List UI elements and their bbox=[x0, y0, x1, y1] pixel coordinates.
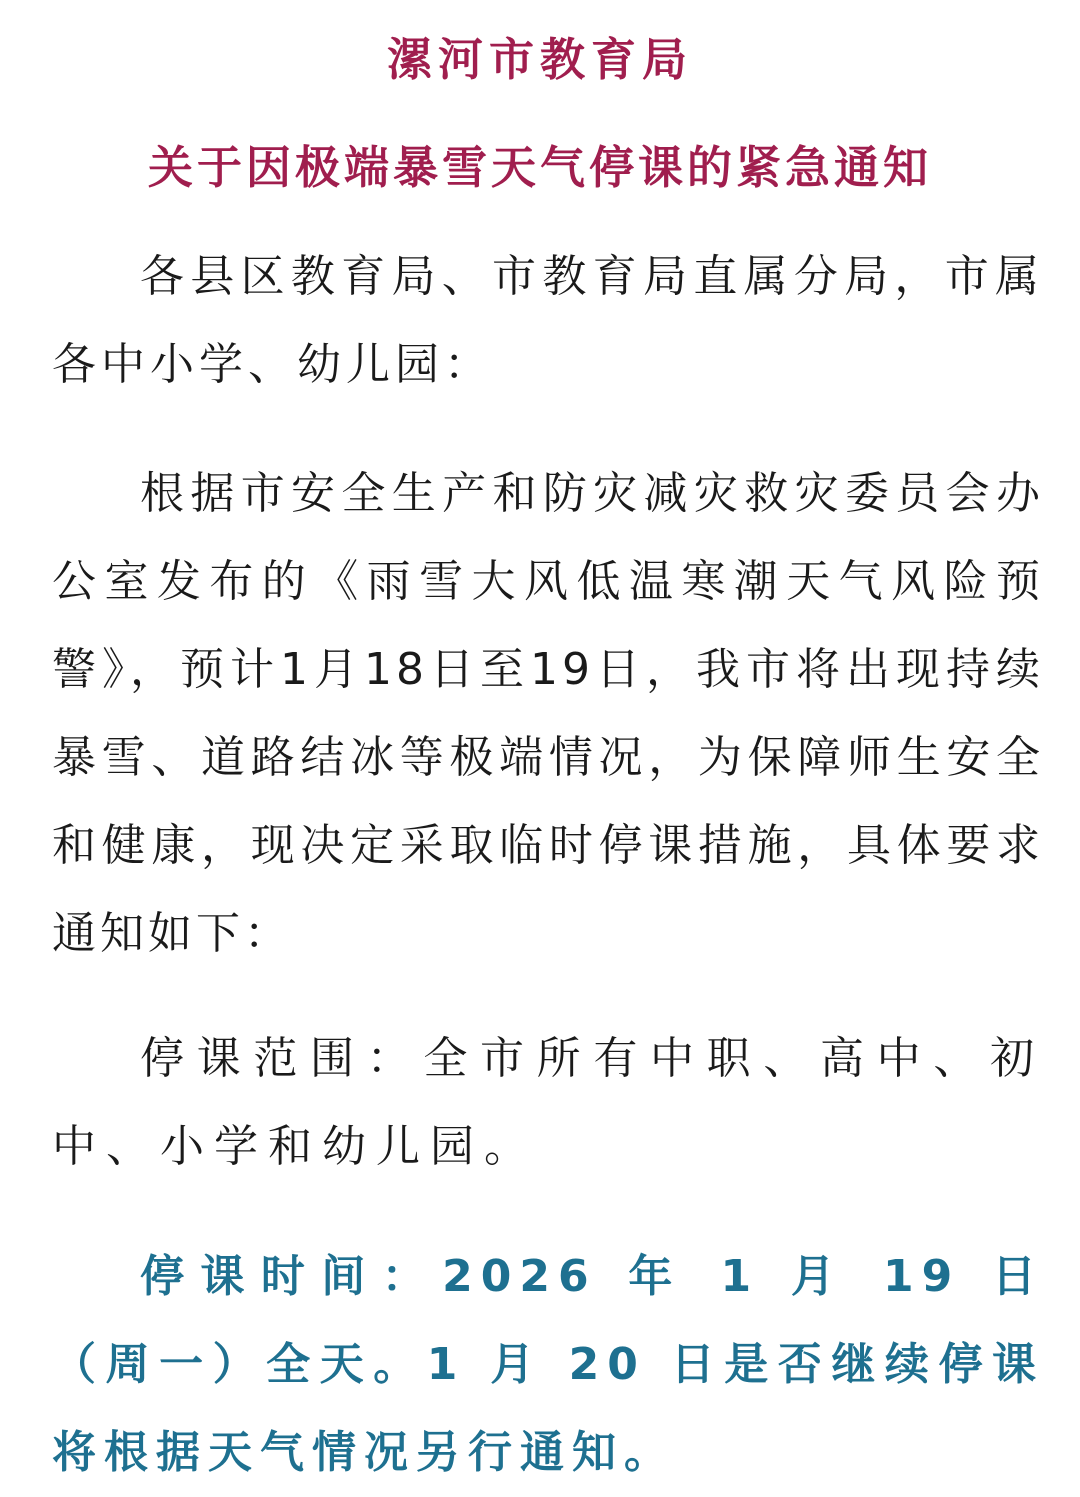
paragraph-basis: 根据市安全生产和防灾减灾救灾委员会办公室发布的《雨雪大风低温寒潮天气风险预警》，… bbox=[52, 450, 1044, 978]
paragraph-suspension-time: 停课时间：2026 年 1 月 19 日（周一）全天。1 月 20 日是否继续停… bbox=[52, 1233, 1044, 1497]
notice-title: 关于因极端暴雪天气停课的紧急通知 bbox=[0, 138, 1080, 198]
paragraph-scope: 停课范围：全市所有中职、高中、初中、小学和幼儿园。 bbox=[52, 1015, 1044, 1191]
paragraph-addressees: 各县区教育局、市教育局直属分局，市属各中小学、幼儿园： bbox=[52, 233, 1044, 409]
issuer-title: 漯河市教育局 bbox=[0, 30, 1080, 90]
